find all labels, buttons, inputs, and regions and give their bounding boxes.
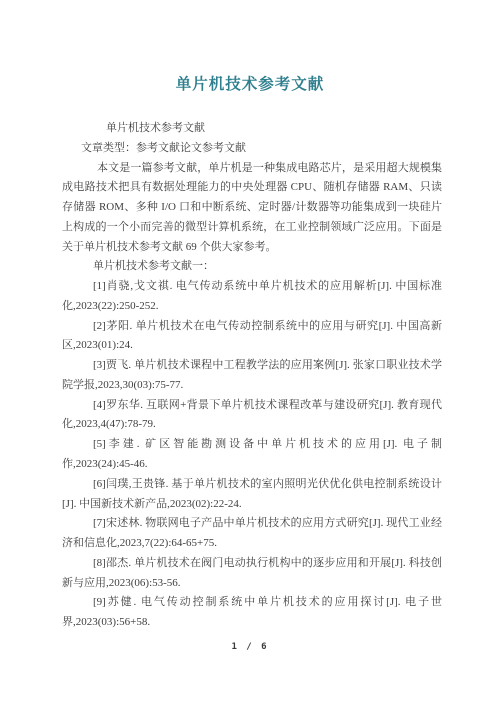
document-title: 单片机技术参考文献	[0, 72, 500, 94]
reference-item-1: [1]肖骁,戈文祺. 电气传动系统中单片机技术的应用解析[J]. 中国标准化,2…	[62, 277, 442, 317]
article-type-line: 文章类型：参考文献论文参考文献	[62, 139, 442, 159]
reference-item-7: [7]宋述林. 物联网电子产品中单片机技术的应用方式研究[J]. 现代工业经济和…	[62, 514, 442, 554]
reference-item-4: [4]罗东华. 互联网+背景下单片机技术课程改革与建设研究[J]. 教育现代化,…	[62, 396, 442, 436]
reference-item-5: [5]李建. 矿区智能勘测设备中单片机技术的应用[J]. 电子制作,2023(2…	[62, 435, 442, 475]
document-body: 单片机技术参考文献 文章类型：参考文献论文参考文献 本文是一篇参考文献，单片机是…	[62, 119, 442, 633]
intro-paragraph: 本文是一篇参考文献，单片机是一种集成电路芯片，是采用超大规模集成电路技术把具有数…	[62, 159, 442, 258]
reference-item-8: [8]邵杰. 单片机技术在阀门电动执行机构中的逐步应用和开展[J]. 科技创新与…	[62, 554, 442, 594]
document-page: 单片机技术参考文献 单片机技术参考文献 文章类型：参考文献论文参考文献 本文是一…	[0, 0, 500, 707]
section-heading: 单片机技术参考文献一：	[62, 257, 442, 277]
reference-item-3: [3]贾飞. 单片机技术课程中工程教学法的应用案例[J]. 张家口职业技术学院学…	[62, 356, 442, 396]
reference-item-2: [2]茅阳. 单片机技术在电气传动控制系统中的应用与研究[J]. 中国高新区,2…	[62, 317, 442, 357]
reference-item-6: [6]闫璞,王贵锋. 基于单片机技术的室内照明光伏优化供电控制系统设计[J]. …	[62, 475, 442, 515]
heading-line: 单片机技术参考文献	[62, 119, 442, 139]
reference-item-9: [9]苏健. 电气传动控制系统中单片机技术的应用探讨[J]. 电子世界,2023…	[62, 593, 442, 633]
page-number-indicator: 1 / 6	[0, 642, 500, 652]
